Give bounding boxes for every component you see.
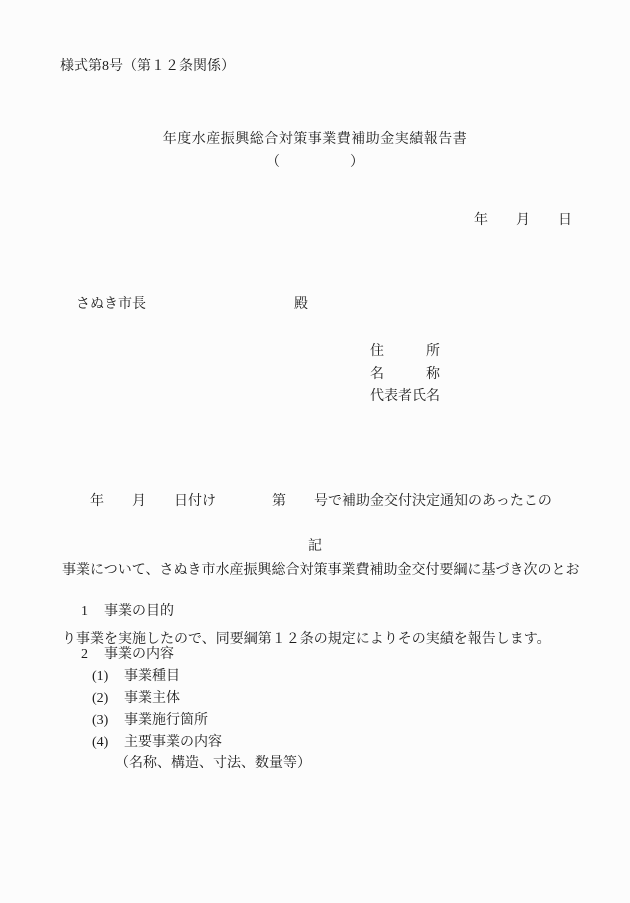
record-marker: 記 [0, 536, 630, 558]
date-blank-line: 年 月 日 [474, 210, 572, 232]
document-page: 様式第8号（第１２条関係） 年度水産振興総合対策事業費補助金実績報告書 （ ） … [0, 0, 630, 903]
recipient-line: さぬき市長殿 [62, 272, 308, 338]
outline-subitem-note-label: （名称、構造、寸法、数量等） [115, 756, 311, 771]
body-line: 事業について、さぬき市水産振興総合対策事業費補助金交付要綱に基づき次のとお [62, 558, 574, 583]
recipient-name: さぬき市長 [76, 297, 146, 312]
outline-item-label: 事業の目的 [104, 604, 174, 619]
body-line: 年 月 日付け 第 号で補助金交付決定通知のあったこの [62, 489, 574, 514]
signer-representative-label: 代表者氏名 [370, 386, 440, 408]
signer-name-label: 名 称 [370, 364, 440, 386]
title-fill-in-parentheses: （ ） [0, 152, 630, 174]
outline-subitem-note: （名称、構造、寸法、数量等） [101, 734, 311, 794]
outline-item-number: 1 [81, 602, 104, 622]
signer-address-label: 住 所 [370, 341, 440, 363]
recipient-honorific: 殿 [294, 297, 308, 312]
document-title: 年度水産振興総合対策事業費補助金実績報告書 [0, 129, 630, 151]
form-number: 様式第8号（第１２条関係） [60, 56, 235, 78]
